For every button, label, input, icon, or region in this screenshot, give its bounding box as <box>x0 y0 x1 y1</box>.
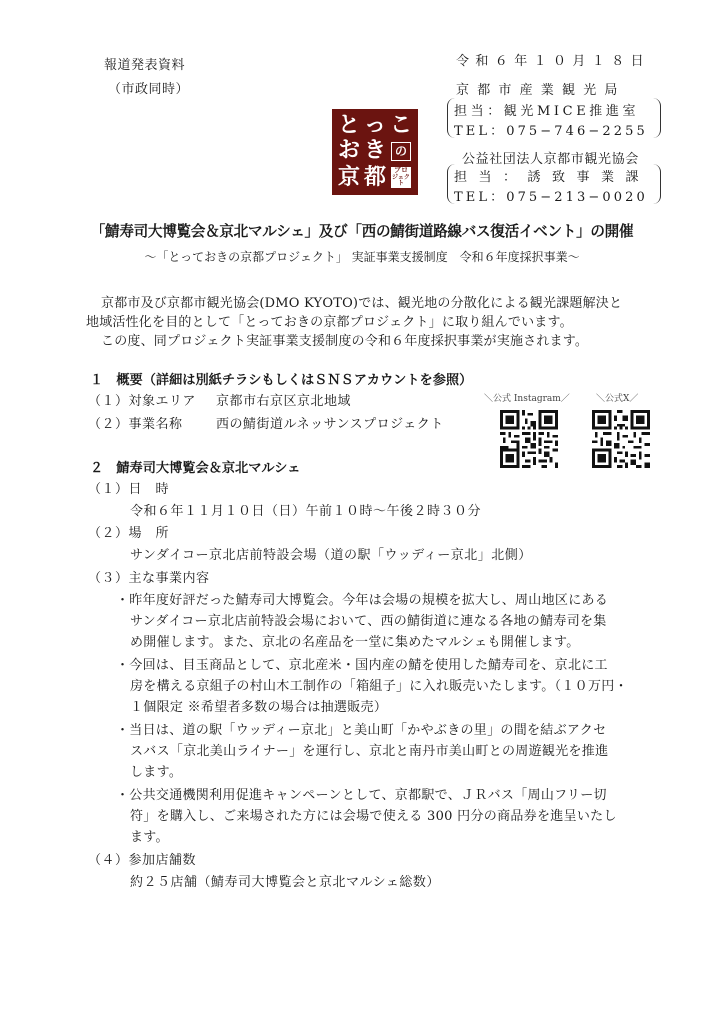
section-1-item-label: （１）対象エリア <box>88 390 196 409</box>
content-bullet-line: ・昨年度好評だった鯖寿司大博覧会。今年は会場の規模を拡大し、周山地区にある <box>116 589 608 608</box>
page-subtitle: 〜「とっておきの京都プロジェクト」 実証事業支援制度 令和６年度採択事業〜 <box>0 248 724 265</box>
logo-project-badge: プロ ジェクト <box>391 167 411 188</box>
intro-line: 地域活性化を目的として「とっておきの京都プロジェクト」に取り組んでいます。 <box>86 311 573 330</box>
content-bullet-line: ・今回は、目玉商品として、京北産米・国内産の鯖を使用した鯖寿司を、京北に工 <box>116 654 608 673</box>
logo-char: 京 <box>336 164 362 191</box>
instagram-qr-label: ＼公式 Instagram／ <box>484 391 570 404</box>
section-2-heading: ２ 鯖寿司大博覧会＆京北マルシェ <box>90 457 300 476</box>
logo-char: 都 <box>362 164 388 191</box>
logo-badge-line: ジェクト <box>391 175 411 188</box>
logo-char: っ <box>362 113 388 139</box>
content-label: （３）主な事業内容 <box>88 567 210 586</box>
section-1-heading: １ 概要（詳細は別紙チラシもしくはＳＮＳアカウントを参照） <box>90 369 472 388</box>
content-bullet-line: 符」を購入し、ご来場された方には会場で使える 300 円分の商品券を進呈いたし <box>130 805 617 824</box>
intro-line: この度、同プロジェクト実証事業支援制度の令和６年度採択事業が実施されます。 <box>101 330 588 349</box>
place-label: （２）場 所 <box>88 522 169 541</box>
datetime-label: （１）日 時 <box>88 478 169 497</box>
org2-contact: 担当：誘致事業課 <box>454 166 650 185</box>
content-bullet-line: スバス「京北美山ライナー」を運行し、京北と南丹市美山町との周遊観光を推進 <box>130 740 608 759</box>
tottekino-kyoto-project-logo: と っ こ お き の 京 都 プロ ジェクト <box>332 109 418 195</box>
content-bullet-line: ・公共交通機関利用促進キャンペーンとして、京都駅で、ＪＲバス「周山フリー切 <box>116 784 607 803</box>
x-qr-label: ＼公式X／ <box>596 391 638 404</box>
datetime-value: 令和６年１１月１０日（日）午前１０時〜午後２時３０分 <box>130 500 481 519</box>
press-release-label: 報道発表資料 <box>104 54 185 73</box>
content-bullet-line: め開催します。また、京北の名産品を一堂に集めたマルシェも開催します。 <box>130 631 580 650</box>
intro-line: 京都市及び京都市観光協会(DMO KYOTO)では、観光地の分散化による観光課題… <box>101 292 622 311</box>
place-value: サンダイコー京北店前特設会場（道の駅「ウッディー京北」北側） <box>130 544 532 563</box>
x-qr-code[interactable] <box>592 410 650 468</box>
release-date: 令和６年１０月１８日 <box>456 50 650 69</box>
content-bullet-line: ・当日は、道の駅「ウッディー京北」と美山町「かやぶきの里」の間を結ぶアクセ <box>116 719 606 738</box>
qr-code-icon <box>592 410 650 468</box>
content-bullet-line: 房を構える京組子の村山木工制作の「箱組子」に入れ販売いたします。（１０万円・ <box>130 675 628 694</box>
logo-char: と <box>336 113 362 139</box>
org1-name: 京都市産業観光局 <box>456 79 626 98</box>
org1-tel: TEL：075−746−2255 <box>454 120 648 139</box>
instagram-qr-code[interactable] <box>500 410 558 468</box>
logo-char: お <box>336 139 362 165</box>
section-1-item-value: 西の鯖街道ルネッサンスプロジェクト <box>216 413 444 432</box>
logo-char: こ <box>388 113 414 139</box>
content-bullet-line: サンダイコー京北店前特設会場において、西の鯖街道に連なる各地の鯖寿司を集 <box>130 610 607 629</box>
logo-char-boxed: の <box>391 142 411 162</box>
press-release-sublabel: （市政同時） <box>108 78 189 97</box>
qr-code-icon <box>500 410 558 468</box>
org2-tel: TEL：075−213−0020 <box>454 186 648 205</box>
stores-value: 約２５店舗（鯖寿司大博覧会と京北マルシェ総数） <box>130 871 440 890</box>
content-bullet-line: １個限定 ※希望者多数の場合は抽選販売） <box>130 696 387 715</box>
logo-char: き <box>362 139 388 165</box>
org1-contact: 担当：観光MICE推進室 <box>454 100 639 119</box>
section-1-item-value: 京都市右京区京北地域 <box>216 390 351 409</box>
section-1-item-label: （２）事業名称 <box>88 413 183 432</box>
page-title: 「鯖寿司大博覧会＆京北マルシェ」及び「西の鯖街道路線バス復活イベント」の開催 <box>0 220 724 241</box>
stores-label: （４）参加店舗数 <box>88 849 196 868</box>
content-bullet-line: ます。 <box>130 826 169 845</box>
content-bullet-line: します。 <box>130 761 182 780</box>
